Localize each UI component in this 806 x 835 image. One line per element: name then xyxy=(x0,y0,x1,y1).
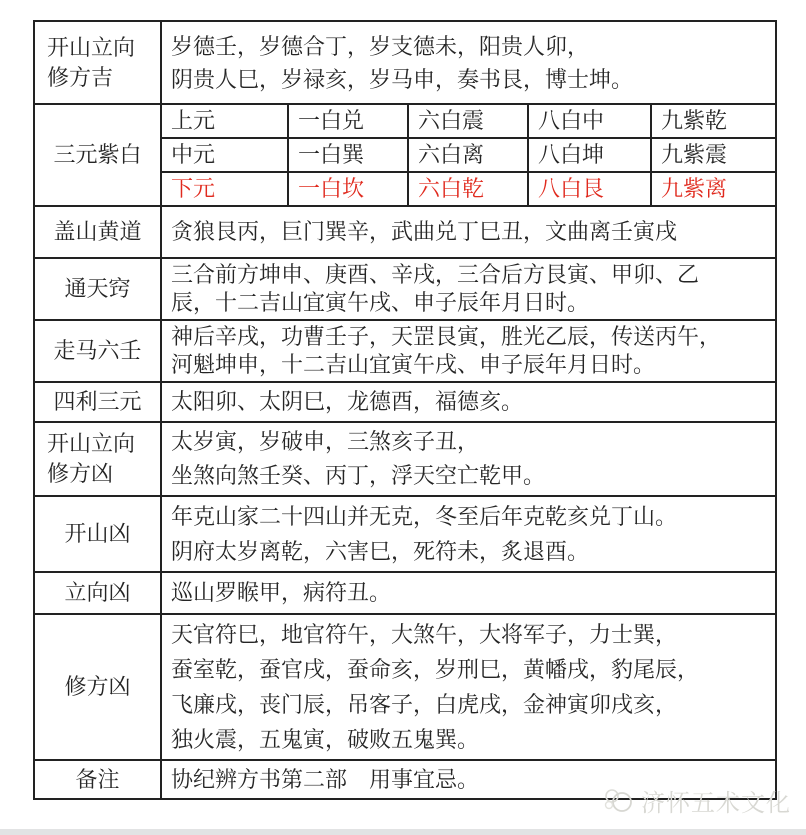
row-label-tongtian-qiao: 通天窍 xyxy=(34,258,161,320)
table-row: 盖山黄道 贪狼艮丙，巨门巽辛，武曲兑丁巳丑，文曲离壬寅戌 xyxy=(34,206,776,258)
row-content-tongtian-qiao: 三合前方坤申、庚酉、辛戌，三合后方艮寅、甲卯、乙 辰，十二吉山宜寅午戌、申子辰年… xyxy=(161,258,776,320)
sanyuan-cell: 一白兑 xyxy=(288,104,408,138)
table-row: 修方凶 天官符巳，地官符午，大煞午，大将军子，力士巽， 蚕室乾，蚕官戌，蚕命亥，… xyxy=(34,614,776,760)
table-row: 开山立向 修方凶 太岁寅，岁破申，三煞亥子丑， 坐煞向煞壬癸、丙丁，浮天空亡乾甲… xyxy=(34,422,776,496)
row-content-kaishan-xiong: 年克山家二十四山并无克，冬至后年克乾亥兑丁山。 阴府太岁离乾，六害巳，死符未，炙… xyxy=(161,496,776,572)
sanyuan-cell: 六白离 xyxy=(408,138,528,172)
row-content-gaishan-huangdao: 贪狼艮丙，巨门巽辛，武曲兑丁巳丑，文曲离壬寅戌 xyxy=(161,206,776,258)
row-content-lixiang-xiong: 巡山罗睺甲，病符丑。 xyxy=(161,572,776,614)
sanyuan-cell-red: 六白乾 xyxy=(408,172,528,206)
row-content-kaishan-lixiang-xiufang-ji: 岁德壬，岁德合丁，岁支德未，阳贵人卯， 阴贵人巳，岁禄亥，岁马申，奏书艮，博士坤… xyxy=(161,21,776,104)
sanyuan-cell-red: 一白坎 xyxy=(288,172,408,206)
watermark: 济怀五术文化 xyxy=(602,783,791,818)
sanyuan-cell: 八白坤 xyxy=(528,138,651,172)
table-row: 开山立向 修方吉 岁德壬，岁德合丁，岁支德未，阳贵人卯， 阴贵人巳，岁禄亥，岁马… xyxy=(34,21,776,104)
row-label-sili-sanyuan: 四利三元 xyxy=(34,382,161,422)
table-row: 四利三元 太阳卯、太阴巳，龙德酉，福德亥。 xyxy=(34,382,776,422)
row-label-gaishan-huangdao: 盖山黄道 xyxy=(34,206,161,258)
row-label-lixiang-xiong: 立向凶 xyxy=(34,572,161,614)
row-content-zouma-liuren: 神后辛戌，功曹壬子，天罡艮寅，胜光乙辰，传送丙午， 河魁坤申，十二吉山宜寅午戌、… xyxy=(161,320,776,382)
row-label-beizhu: 备注 xyxy=(34,760,161,799)
sanyuan-cell-red: 下元 xyxy=(161,172,288,206)
page: 开山立向 修方吉 岁德壬，岁德合丁，岁支德未，阳贵人卯， 阴贵人巳，岁禄亥，岁马… xyxy=(0,0,806,835)
table-row: 通天窍 三合前方坤申、庚酉、辛戌，三合后方艮寅、甲卯、乙 辰，十二吉山宜寅午戌、… xyxy=(34,258,776,320)
sanyuan-cell: 六白震 xyxy=(408,104,528,138)
row-content-xiufang-xiong: 天官符巳，地官符午，大煞午，大将军子，力士巽， 蚕室乾，蚕官戌，蚕命亥，岁刑巳，… xyxy=(161,614,776,760)
row-label-sanyuan-zibai: 三元紫白 xyxy=(34,104,161,206)
sanyuan-cell: 一白巽 xyxy=(288,138,408,172)
watermark-text: 济怀五术文化 xyxy=(641,783,791,818)
sanyuan-cell: 上元 xyxy=(161,104,288,138)
row-label-xiufang-xiong: 修方凶 xyxy=(34,614,161,760)
row-label-kaishan-lixiang-xiufang-ji: 开山立向 修方吉 xyxy=(34,21,161,104)
table-row: 开山凶 年克山家二十四山并无克，冬至后年克乾亥兑丁山。 阴府太岁离乾，六害巳，死… xyxy=(34,496,776,572)
sanyuan-cell: 九紫乾 xyxy=(651,104,776,138)
row-label-kaishan-xiong: 开山凶 xyxy=(34,496,161,572)
sanyuan-cell: 九紫震 xyxy=(651,138,776,172)
almanac-table: 开山立向 修方吉 岁德壬，岁德合丁，岁支德未，阳贵人卯， 阴贵人巳，岁禄亥，岁马… xyxy=(33,20,777,800)
sanyuan-cell-red: 八白艮 xyxy=(528,172,651,206)
row-content-kaishan-lixiang-xiufang-xiong: 太岁寅，岁破申，三煞亥子丑， 坐煞向煞壬癸、丙丁，浮天空亡乾甲。 xyxy=(161,422,776,496)
table-row: 立向凶 巡山罗睺甲，病符丑。 xyxy=(34,572,776,614)
table-row: 走马六壬 神后辛戌，功曹壬子，天罡艮寅，胜光乙辰，传送丙午， 河魁坤申，十二吉山… xyxy=(34,320,776,382)
table-row: 三元紫白 上元 一白兑 六白震 八白中 九紫乾 xyxy=(34,104,776,138)
brand-seal-icon xyxy=(602,786,636,816)
row-label-zouma-liuren: 走马六壬 xyxy=(34,320,161,382)
sanyuan-cell: 中元 xyxy=(161,138,288,172)
row-content-sili-sanyuan: 太阳卯、太阴巳，龙德酉，福德亥。 xyxy=(161,382,776,422)
sanyuan-cell-red: 九紫离 xyxy=(651,172,776,206)
sanyuan-cell: 八白中 xyxy=(528,104,651,138)
bottom-strip xyxy=(0,829,806,835)
row-label-kaishan-lixiang-xiufang-xiong: 开山立向 修方凶 xyxy=(34,422,161,496)
